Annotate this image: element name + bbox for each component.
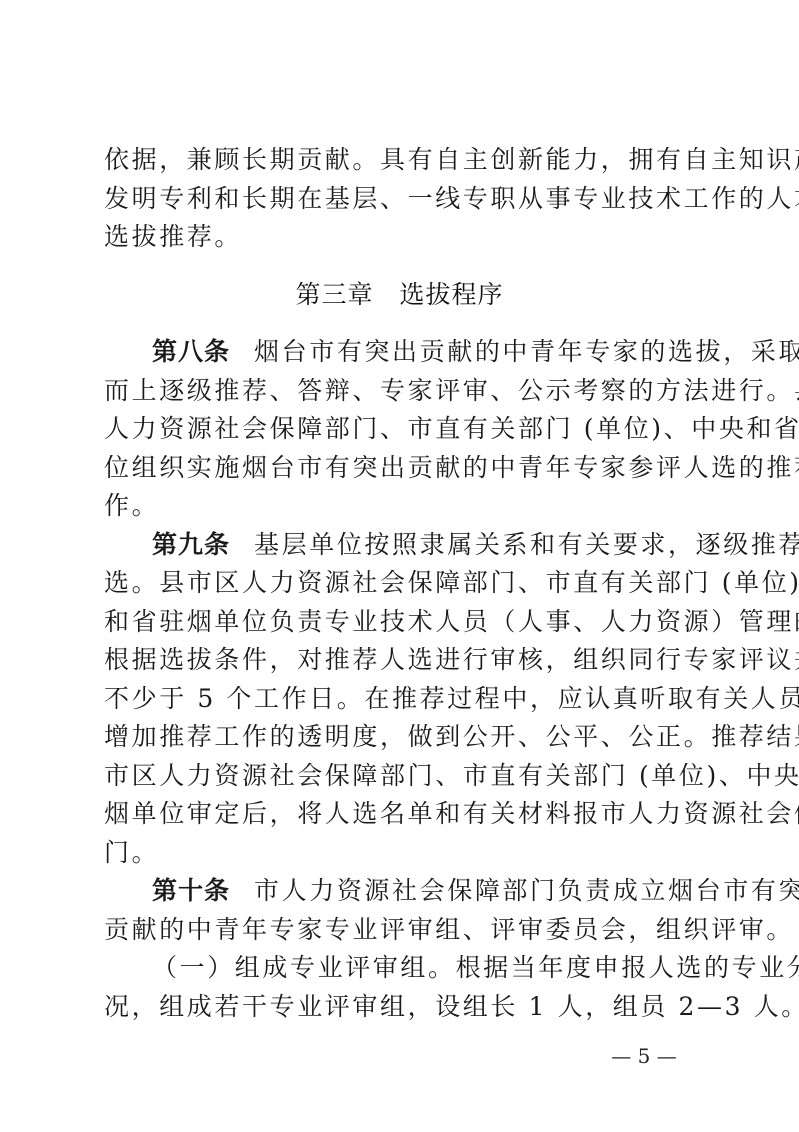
paragraph-line: 依据，兼顾长期贡献。具有自主创新能力，拥有自主知识产权、 [104,141,704,179]
sub-item-first-line: （一）组成专业评审组。根据当年度申报人选的专业分布情 [104,949,704,987]
paragraph-line: 选。县市区人力资源社会保障部门、市直有关部门 (单位)、中央 [104,564,704,602]
paragraph-line: 根据选拔条件，对推荐人选进行审核，组织同行专家评议并公示 [104,641,704,679]
paragraph-line: 况，组成若干专业评审组，设组长 1 人，组员 2—3 人。专业评审 [104,988,704,1026]
paragraph-line: 市区人力资源社会保障部门、市直有关部门 (单位)、中央和省驻 [104,757,704,795]
page-number: — 5 — [606,1042,682,1070]
chapter-heading: 第三章选拔程序 [0,276,799,314]
paragraph-line: 贡献的中青年专家专业评审组、评审委员会，组织评审。 [104,911,704,949]
article-8-first-line: 第八条烟台市有突出贡献的中青年专家的选拔，采取自下 [104,333,704,371]
article-text: 市人力资源社会保障部门负责成立烟台市有突出 [254,876,799,905]
article-10-first-line: 第十条市人力资源社会保障部门负责成立烟台市有突出 [104,872,704,910]
paragraph-line: 不少于 5 个工作日。在推荐过程中，应认真听取有关人员意见， [104,680,704,718]
paragraph-line: 而上逐级推荐、答辩、专家评审、公示考察的方法进行。县市区 [104,372,704,410]
paragraph-line: 门。 [104,834,704,872]
paragraph-line: 选拔推荐。 [104,218,704,256]
article-9-first-line: 第九条基层单位按照隶属关系和有关要求，逐级推荐人 [104,526,704,564]
paragraph-line: 增加推荐工作的透明度，做到公开、公平、公正。推荐结果经县 [104,718,704,756]
article-text: 烟台市有突出贡献的中青年专家的选拔，采取自下 [254,337,799,366]
sub-item-text: （一）组成专业评审组。根据当年度申报人选的专业分布情 [152,953,799,982]
article-text: 基层单位按照隶属关系和有关要求，逐级推荐人 [254,530,799,559]
paragraph-line: 烟单位审定后，将人选名单和有关材料报市人力资源社会保障部 [104,795,704,833]
paragraph-line: 作。 [104,487,704,525]
article-label: 第八条 [152,337,230,366]
chapter-title: 选拔程序 [400,280,504,309]
paragraph-line: 人力资源社会保障部门、市直有关部门 (单位)、中央和省驻烟单 [104,410,704,448]
paragraph-line: 和省驻烟单位负责专业技术人员（人事、人力资源）管理的部门 [104,603,704,641]
article-label: 第九条 [152,530,230,559]
paragraph-line: 发明专利和长期在基层、一线专职从事专业技术工作的人才优先 [104,180,704,218]
document-page: 依据，兼顾长期贡献。具有自主创新能力，拥有自主知识产权、 发明专利和长期在基层、… [0,0,799,1132]
article-label: 第十条 [152,876,230,905]
paragraph-line: 位组织实施烟台市有突出贡献的中青年专家参评人选的推荐工 [104,449,704,487]
chapter-number: 第三章 [295,280,373,309]
